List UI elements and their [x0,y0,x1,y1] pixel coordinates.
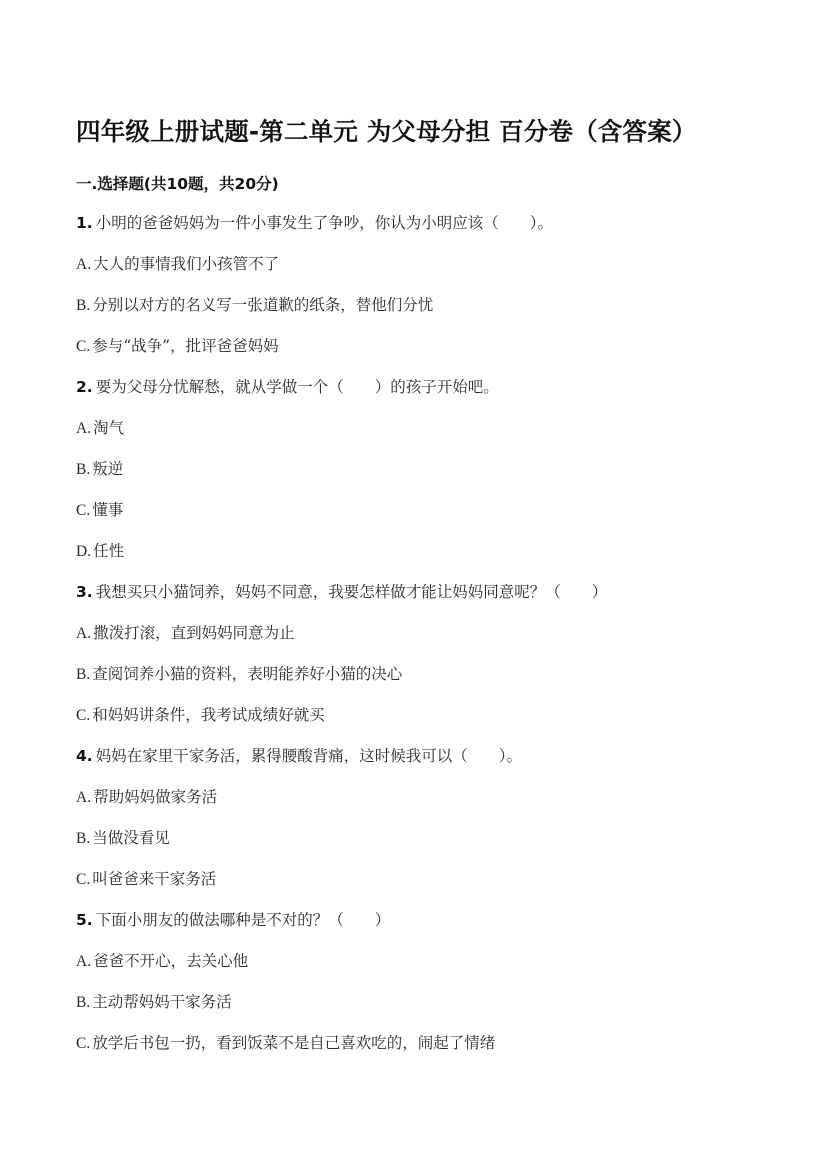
question-5-option-a: A.爸爸不开心，去关心他 [76,951,248,972]
question-5-stem: 5.下面小朋友的做法哪种是不对的？（ ） [76,910,390,930]
question-5-option-b: B.主动帮妈妈干家务活 [76,992,232,1013]
question-1-option-a: A.大人的事情我们小孩管不了 [76,254,279,275]
option-letter: C. [76,338,90,355]
option-letter: B. [76,666,90,683]
question-2-option-d: D.任性 [76,541,124,562]
question-text: 要为父母分忧解愁，就从学做一个（ ）的孩子开始吧。 [96,378,499,396]
question-text: 妈妈在家里干家务活，累得腰酸背痛，这时候我可以（ ）。 [96,747,522,765]
question-5-option-c: C.放学后书包一扔，看到饭菜不是自己喜欢吃的，闹起了情绪 [76,1033,495,1054]
option-letter: B. [76,994,90,1011]
option-letter: A. [76,256,91,273]
option-text: 任性 [93,542,124,560]
option-text: 叫爸爸来干家务活 [92,870,216,888]
option-text: 帮助妈妈做家务活 [93,788,217,806]
option-letter: C. [76,871,90,888]
option-text: 和妈妈讲条件，我考试成绩好就买 [92,706,325,724]
question-1-stem: 1.小明的爸爸妈妈为一件小事发生了争吵，你认为小明应该（ ）。 [76,213,553,233]
question-number: 5. [76,911,93,929]
question-number: 1. [76,214,93,232]
option-letter: B. [76,461,90,478]
option-letter: C. [76,707,90,724]
option-text: 爸爸不开心，去关心他 [93,952,248,970]
option-text: 叛逆 [92,460,123,478]
question-2-option-a: A.淘气 [76,418,124,439]
question-text: 下面小朋友的做法哪种是不对的？（ ） [96,911,391,929]
question-4-option-c: C.叫爸爸来干家务活 [76,869,216,890]
option-letter: C. [76,502,90,519]
option-text: 主动帮妈妈干家务活 [92,993,232,1011]
question-1-option-c: C.参与“战争”，批评爸爸妈妈 [76,336,279,357]
option-letter: A. [76,953,91,970]
document-title: 四年级上册试题-第二单元 为父母分担 百分卷（含答案） [76,113,697,148]
question-4-stem: 4.妈妈在家里干家务活，累得腰酸背痛，这时候我可以（ ）。 [76,746,522,766]
question-4-option-a: A.帮助妈妈做家务活 [76,787,217,808]
option-letter: D. [76,543,91,560]
option-text: 淘气 [93,419,124,437]
question-2-option-b: B.叛逆 [76,459,123,480]
question-number: 2. [76,378,93,396]
option-letter: B. [76,297,90,314]
section-heading: 一.选择题(共10题，共20分) [76,172,279,194]
option-letter: B. [76,830,90,847]
question-2-stem: 2.要为父母分忧解愁，就从学做一个（ ）的孩子开始吧。 [76,377,499,397]
question-text: 小明的爸爸妈妈为一件小事发生了争吵，你认为小明应该（ ）。 [96,214,553,232]
option-text: 懂事 [92,501,123,519]
option-letter: A. [76,625,91,642]
question-4-option-b: B.当做没看见 [76,828,170,849]
question-text: 我想买只小猫饲养，妈妈不同意，我要怎样做才能让妈妈同意呢？（ ） [96,583,608,601]
question-3-stem: 3.我想买只小猫饲养，妈妈不同意，我要怎样做才能让妈妈同意呢？（ ） [76,582,607,602]
question-3-option-b: B.查阅饲养小猫的资料，表明能养好小猫的决心 [76,664,402,685]
question-number: 3. [76,583,93,601]
document-page: 四年级上册试题-第二单元 为父母分担 百分卷（含答案） 一.选择题(共10题，共… [0,0,826,1169]
option-text: 分别以对方的名义写一张道歉的纸条，替他们分忧 [92,296,433,314]
question-3-option-c: C.和妈妈讲条件，我考试成绩好就买 [76,705,325,726]
option-text: 查阅饲养小猫的资料，表明能养好小猫的决心 [92,665,402,683]
option-text: 撒泼打滚，直到妈妈同意为止 [93,624,295,642]
question-number: 4. [76,747,93,765]
option-text: 当做没看见 [92,829,170,847]
question-3-option-a: A.撒泼打滚，直到妈妈同意为止 [76,623,295,644]
option-letter: A. [76,789,91,806]
question-2-option-c: C.懂事 [76,500,123,521]
option-text: 放学后书包一扔，看到饭菜不是自己喜欢吃的，闹起了情绪 [92,1034,495,1052]
option-letter: A. [76,420,91,437]
option-text: 大人的事情我们小孩管不了 [93,255,279,273]
option-text: 参与“战争”，批评爸爸妈妈 [92,337,278,355]
question-1-option-b: B.分别以对方的名义写一张道歉的纸条，替他们分忧 [76,295,433,316]
option-letter: C. [76,1035,90,1052]
